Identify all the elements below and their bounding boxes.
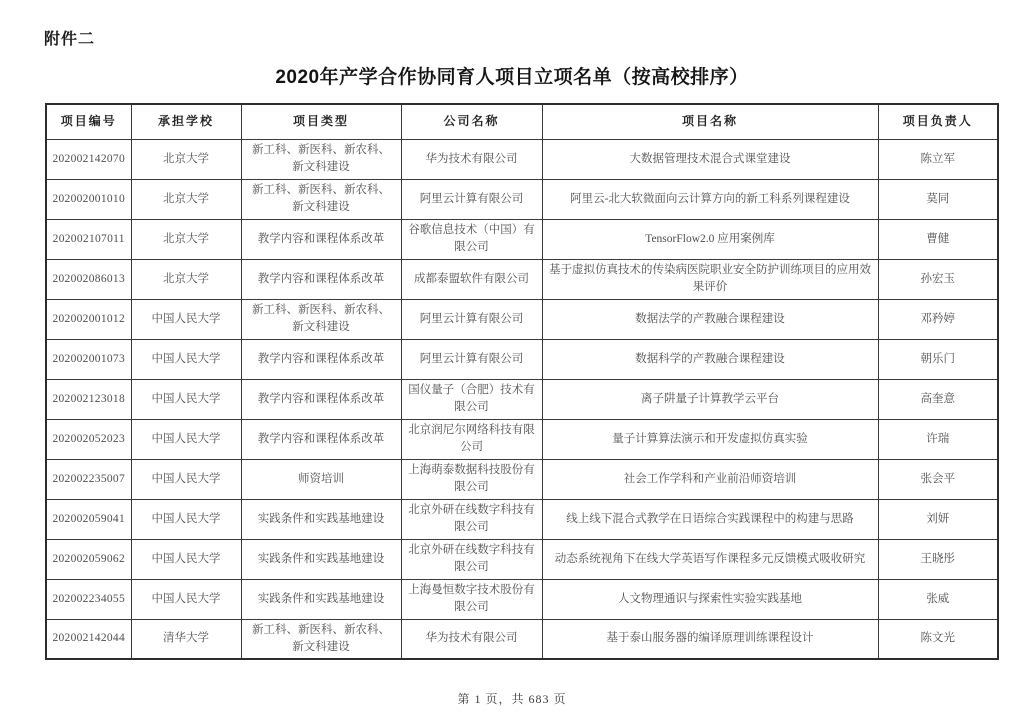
cell-project-type: 教学内容和课程体系改革 [241,259,401,299]
project-table: 项目编号 承担学校 项目类型 公司名称 项目名称 项目负责人 202002142… [45,103,999,660]
cell-project-id: 202002001010 [46,179,131,219]
table-row: 202002142044 清华大学 新工科、新医科、新农科、新文科建设 华为技术… [46,619,998,659]
cell-leader: 张会平 [878,459,998,499]
cell-company: 华为技术有限公司 [401,619,542,659]
cell-project-name: 基于虚拟仿真技术的传染病医院职业安全防护训练项目的应用效果评价 [542,259,878,299]
cell-company: 阿里云计算有限公司 [401,179,542,219]
cell-project-id: 202002059062 [46,539,131,579]
cell-project-type: 教学内容和课程体系改革 [241,219,401,259]
cell-school: 中国人民大学 [131,579,241,619]
cell-project-id: 202002235007 [46,459,131,499]
cell-project-name: 线上线下混合式教学在日语综合实践课程中的构建与思路 [542,499,878,539]
document-page: 附件二 2020年产学合作协同育人项目立项名单（按高校排序） 项目编号 承担学校… [0,0,1024,724]
cell-leader: 陈文光 [878,619,998,659]
cell-project-name: 量子计算算法演示和开发虚拟仿真实验 [542,419,878,459]
header-project-type: 项目类型 [241,104,401,139]
header-project-id: 项目编号 [46,104,131,139]
cell-school: 中国人民大学 [131,299,241,339]
cell-project-id: 202002107011 [46,219,131,259]
table-row: 202002086013 北京大学 教学内容和课程体系改革 成都泰盟软件有限公司… [46,259,998,299]
cell-school: 北京大学 [131,219,241,259]
cell-project-name: 数据科学的产教融合课程建设 [542,339,878,379]
cell-project-name: 基于泰山服务器的编译原理训练课程设计 [542,619,878,659]
cell-project-id: 202002001073 [46,339,131,379]
cell-project-name: 阿里云-北大软微面向云计算方向的新工科系列课程建设 [542,179,878,219]
table-row: 202002001010 北京大学 新工科、新医科、新农科、新文科建设 阿里云计… [46,179,998,219]
cell-company: 国仪量子（合肥）技术有限公司 [401,379,542,419]
cell-project-type: 新工科、新医科、新农科、新文科建设 [241,139,401,179]
cell-project-id: 202002142070 [46,139,131,179]
cell-company: 阿里云计算有限公司 [401,339,542,379]
cell-project-id: 202002052023 [46,419,131,459]
table-row: 202002059062 中国人民大学 实践条件和实践基地建设 北京外研在线数字… [46,539,998,579]
cell-project-id: 202002142044 [46,619,131,659]
cell-project-id: 202002059041 [46,499,131,539]
cell-project-type: 教学内容和课程体系改革 [241,379,401,419]
cell-leader: 许瑞 [878,419,998,459]
cell-company: 华为技术有限公司 [401,139,542,179]
cell-project-id: 202002001012 [46,299,131,339]
table-row: 202002052023 中国人民大学 教学内容和课程体系改革 北京润尼尔网络科… [46,419,998,459]
cell-company: 上海曼恒数字技术股份有限公司 [401,579,542,619]
header-row: 项目编号 承担学校 项目类型 公司名称 项目名称 项目负责人 [46,104,998,139]
cell-project-type: 师资培训 [241,459,401,499]
header-project-name: 项目名称 [542,104,878,139]
cell-school: 中国人民大学 [131,499,241,539]
cell-school: 北京大学 [131,259,241,299]
cell-company: 北京外研在线数字科技有限公司 [401,539,542,579]
cell-school: 中国人民大学 [131,419,241,459]
table-row: 202002142070 北京大学 新工科、新医科、新农科、新文科建设 华为技术… [46,139,998,179]
cell-company: 成都泰盟软件有限公司 [401,259,542,299]
table-header: 项目编号 承担学校 项目类型 公司名称 项目名称 项目负责人 [46,104,998,139]
cell-leader: 孙宏玉 [878,259,998,299]
cell-company: 阿里云计算有限公司 [401,299,542,339]
cell-school: 中国人民大学 [131,459,241,499]
cell-project-type: 教学内容和课程体系改革 [241,339,401,379]
header-company: 公司名称 [401,104,542,139]
table-row: 202002059041 中国人民大学 实践条件和实践基地建设 北京外研在线数字… [46,499,998,539]
cell-school: 北京大学 [131,179,241,219]
cell-leader: 高奎意 [878,379,998,419]
cell-school: 清华大学 [131,619,241,659]
cell-project-name: 动态系统视角下在线大学英语写作课程多元反馈模式吸收研究 [542,539,878,579]
cell-project-type: 新工科、新医科、新农科、新文科建设 [241,619,401,659]
cell-leader: 邓矜婷 [878,299,998,339]
header-leader: 项目负责人 [878,104,998,139]
cell-project-name: 人文物理通识与探索性实验实践基地 [542,579,878,619]
page-title: 2020年产学合作协同育人项目立项名单（按高校排序） [0,62,1024,89]
table-row: 202002107011 北京大学 教学内容和课程体系改革 谷歌信息技术（中国）… [46,219,998,259]
table-body: 202002142070 北京大学 新工科、新医科、新农科、新文科建设 华为技术… [46,139,998,659]
cell-project-id: 202002086013 [46,259,131,299]
cell-project-name: 数据法学的产教融合课程建设 [542,299,878,339]
cell-project-type: 实践条件和实践基地建设 [241,539,401,579]
cell-leader: 陈立军 [878,139,998,179]
table-row: 202002235007 中国人民大学 师资培训 上海萌泰数据科技股份有限公司 … [46,459,998,499]
cell-project-type: 新工科、新医科、新农科、新文科建设 [241,179,401,219]
cell-school: 北京大学 [131,139,241,179]
cell-company: 北京外研在线数字科技有限公司 [401,499,542,539]
cell-company: 北京润尼尔网络科技有限公司 [401,419,542,459]
table-row: 202002234055 中国人民大学 实践条件和实践基地建设 上海曼恒数字技术… [46,579,998,619]
cell-leader: 曹健 [878,219,998,259]
cell-company: 上海萌泰数据科技股份有限公司 [401,459,542,499]
page-footer: 第 1 页，共 683 页 [0,690,1024,707]
table-row: 202002001073 中国人民大学 教学内容和课程体系改革 阿里云计算有限公… [46,339,998,379]
cell-leader: 朝乐门 [878,339,998,379]
cell-project-name: 社会工作学科和产业前沿师资培训 [542,459,878,499]
header-school: 承担学校 [131,104,241,139]
cell-project-type: 实践条件和实践基地建设 [241,579,401,619]
cell-company: 谷歌信息技术（中国）有限公司 [401,219,542,259]
cell-project-type: 实践条件和实践基地建设 [241,499,401,539]
cell-project-name: 离子阱量子计算教学云平台 [542,379,878,419]
cell-school: 中国人民大学 [131,339,241,379]
table-row: 202002123018 中国人民大学 教学内容和课程体系改革 国仪量子（合肥）… [46,379,998,419]
cell-school: 中国人民大学 [131,379,241,419]
cell-project-name: 大数据管理技术混合式课堂建设 [542,139,878,179]
cell-project-id: 202002234055 [46,579,131,619]
cell-project-type: 新工科、新医科、新农科、新文科建设 [241,299,401,339]
cell-school: 中国人民大学 [131,539,241,579]
cell-project-type: 教学内容和课程体系改革 [241,419,401,459]
cell-leader: 刘妍 [878,499,998,539]
cell-project-id: 202002123018 [46,379,131,419]
cell-project-name: TensorFlow2.0 应用案例库 [542,219,878,259]
table-row: 202002001012 中国人民大学 新工科、新医科、新农科、新文科建设 阿里… [46,299,998,339]
cell-leader: 张威 [878,579,998,619]
cell-leader: 莫同 [878,179,998,219]
cell-leader: 王晓彤 [878,539,998,579]
attachment-label: 附件二 [44,26,95,49]
